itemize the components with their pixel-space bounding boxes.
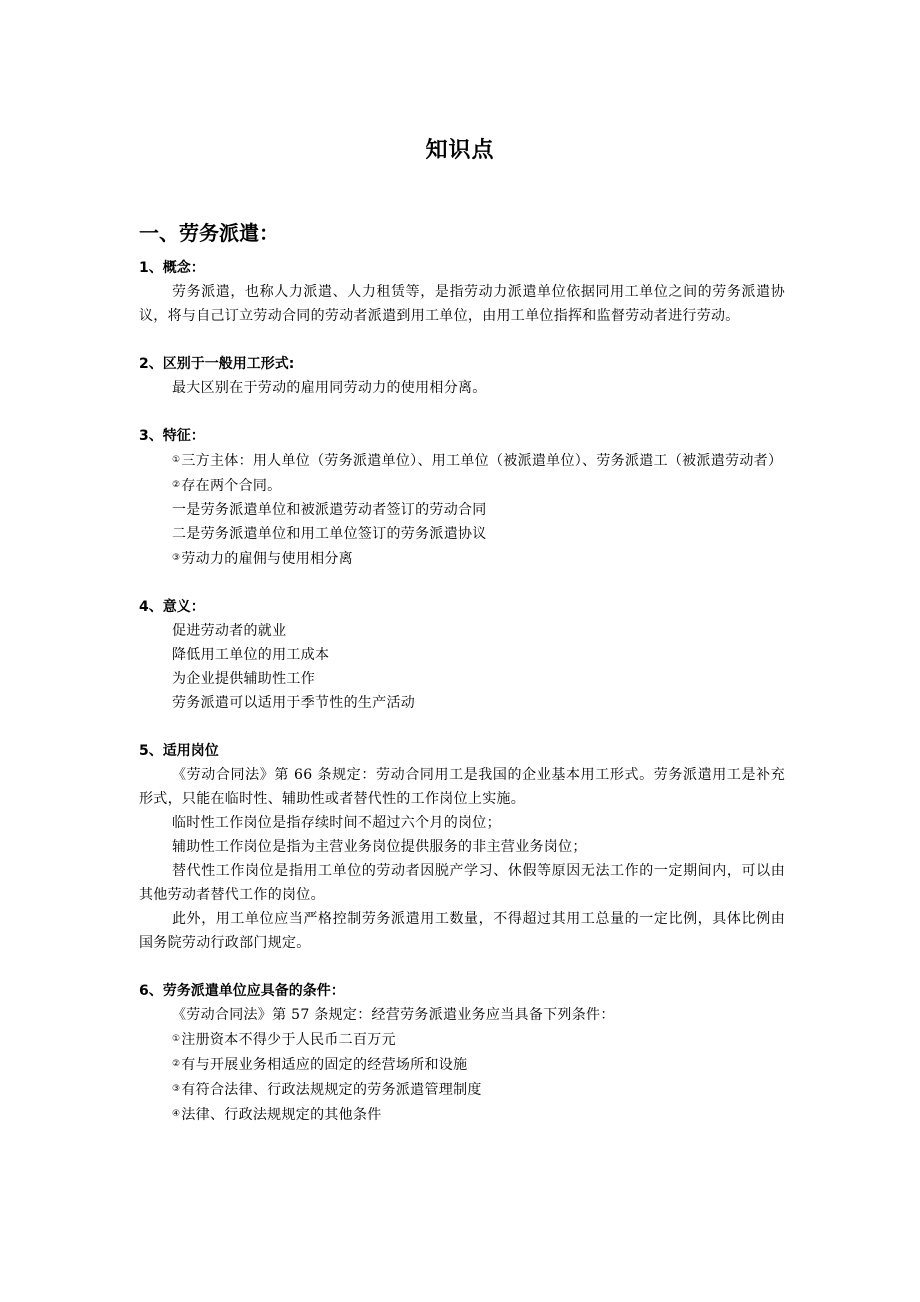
list-item: 为企业提供辅助性工作 xyxy=(139,667,785,691)
section-significance: 4、意义： 促进劳动者的就业 降低用工单位的用工成本 为企业提供辅助性工作 劳务… xyxy=(139,595,785,715)
list-item: 促进劳动者的就业 xyxy=(139,619,785,643)
circled-number-marker: ② xyxy=(172,1059,180,1069)
paragraph: 《劳动合同法》第 57 条规定：经营劳务派遣业务应当具备下列条件： xyxy=(139,1003,785,1027)
paragraph: 临时性工作岗位是指存续时间不超过六个月的岗位； xyxy=(139,811,785,835)
section-heading: 6、劳务派遣单位应具备的条件： xyxy=(139,979,785,1003)
circled-number-marker: ① xyxy=(172,1034,180,1044)
section-heading: 3、特征： xyxy=(139,424,785,448)
paragraph: 劳务派遣，也称人力派遣、人力租赁等，是指劳动力派遣单位依据同用工单位之间的劳务派… xyxy=(139,280,785,328)
section-heading: 2、区别于一般用工形式: xyxy=(139,352,785,376)
list-item: ④法律、行政法规规定的其他条件 xyxy=(139,1102,785,1127)
section-applicable-positions: 5、适用岗位 《劳动合同法》第 66 条规定：劳动合同用工是我国的企业基本用工形… xyxy=(139,739,785,955)
paragraph: 辅助性工作岗位是指为主营业务岗位提供服务的非主营业务岗位； xyxy=(139,835,785,859)
list-item-text: 一是劳务派遣单位和被派遣劳动者签订的劳动合同 xyxy=(172,502,487,518)
list-item-text: 劳动力的雇佣与使用相分离 xyxy=(181,551,353,567)
section-heading: 1、概念： xyxy=(139,256,785,280)
paragraph: 《劳动合同法》第 66 条规定：劳动合同用工是我国的企业基本用工形式。劳务派遣用… xyxy=(139,763,785,811)
document-title: 知识点 xyxy=(0,135,920,167)
list-item: 降低用工单位的用工成本 xyxy=(139,643,785,667)
paragraph: 最大区别在于劳动的雇用同劳动力的使用相分离。 xyxy=(139,376,785,400)
section-features: 3、特征： ①三方主体：用人单位（劳务派遣单位）、用工单位（被派遣单位）、劳务派… xyxy=(139,424,785,571)
list-item: ①三方主体：用人单位（劳务派遣单位）、用工单位（被派遣单位）、劳务派遣工（被派遣… xyxy=(139,448,785,473)
document-body: 一、劳务派遣： 1、概念： 劳务派遣，也称人力派遣、人力租赁等，是指劳动力派遣单… xyxy=(139,218,785,1151)
list-item: 二是劳务派遣单位和用工单位签订的劳务派遣协议 xyxy=(139,522,785,546)
section-heading: 5、适用岗位 xyxy=(139,739,785,763)
list-item-text: 注册资本不得少于人民币二百万元 xyxy=(181,1032,396,1048)
list-item-text: 法律、行政法规规定的其他条件 xyxy=(181,1107,381,1123)
list-item-text: 二是劳务派遣单位和用工单位签订的劳务派遣协议 xyxy=(172,526,487,542)
chapter-heading: 一、劳务派遣： xyxy=(139,218,785,248)
list-item: ②有与开展业务相适应的固定的经营场所和设施 xyxy=(139,1052,785,1077)
list-item: ①注册资本不得少于人民币二百万元 xyxy=(139,1027,785,1052)
list-item: ③有符合法律、行政法规规定的劳务派遣管理制度 xyxy=(139,1077,785,1102)
list-item-text: 存在两个合同。 xyxy=(181,478,281,494)
section-conditions: 6、劳务派遣单位应具备的条件： 《劳动合同法》第 57 条规定：经营劳务派遣业务… xyxy=(139,979,785,1127)
list-item-text: 三方主体：用人单位（劳务派遣单位）、用工单位（被派遣单位）、劳务派遣工（被派遣劳… xyxy=(181,453,782,469)
section-heading: 4、意义： xyxy=(139,595,785,619)
circled-number-marker: ① xyxy=(172,455,180,465)
list-item-text: 有符合法律、行政法规规定的劳务派遣管理制度 xyxy=(181,1082,481,1098)
section-difference: 2、区别于一般用工形式: 最大区别在于劳动的雇用同劳动力的使用相分离。 xyxy=(139,352,785,400)
list-item: ②存在两个合同。 xyxy=(139,473,785,498)
list-item-text: 有与开展业务相适应的固定的经营场所和设施 xyxy=(181,1057,467,1073)
circled-number-marker: ④ xyxy=(172,1109,180,1119)
document-page: 知识点 一、劳务派遣： 1、概念： 劳务派遣，也称人力派遣、人力租赁等，是指劳动… xyxy=(0,0,920,1302)
section-concept: 1、概念： 劳务派遣，也称人力派遣、人力租赁等，是指劳动力派遣单位依据同用工单位… xyxy=(139,256,785,328)
paragraph: 此外，用工单位应当严格控制劳务派遣用工数量，不得超过其用工总量的一定比例，具体比… xyxy=(139,907,785,955)
circled-number-marker: ③ xyxy=(172,1084,180,1094)
list-item: 一是劳务派遣单位和被派遣劳动者签订的劳动合同 xyxy=(139,498,785,522)
circled-number-marker: ② xyxy=(172,480,180,490)
circled-number-marker: ③ xyxy=(172,553,180,563)
list-item: 劳务派遣可以适用于季节性的生产活动 xyxy=(139,691,785,715)
list-item: ③劳动力的雇佣与使用相分离 xyxy=(139,546,785,571)
paragraph: 替代性工作岗位是指用工单位的劳动者因脱产学习、休假等原因无法工作的一定期间内，可… xyxy=(139,859,785,907)
